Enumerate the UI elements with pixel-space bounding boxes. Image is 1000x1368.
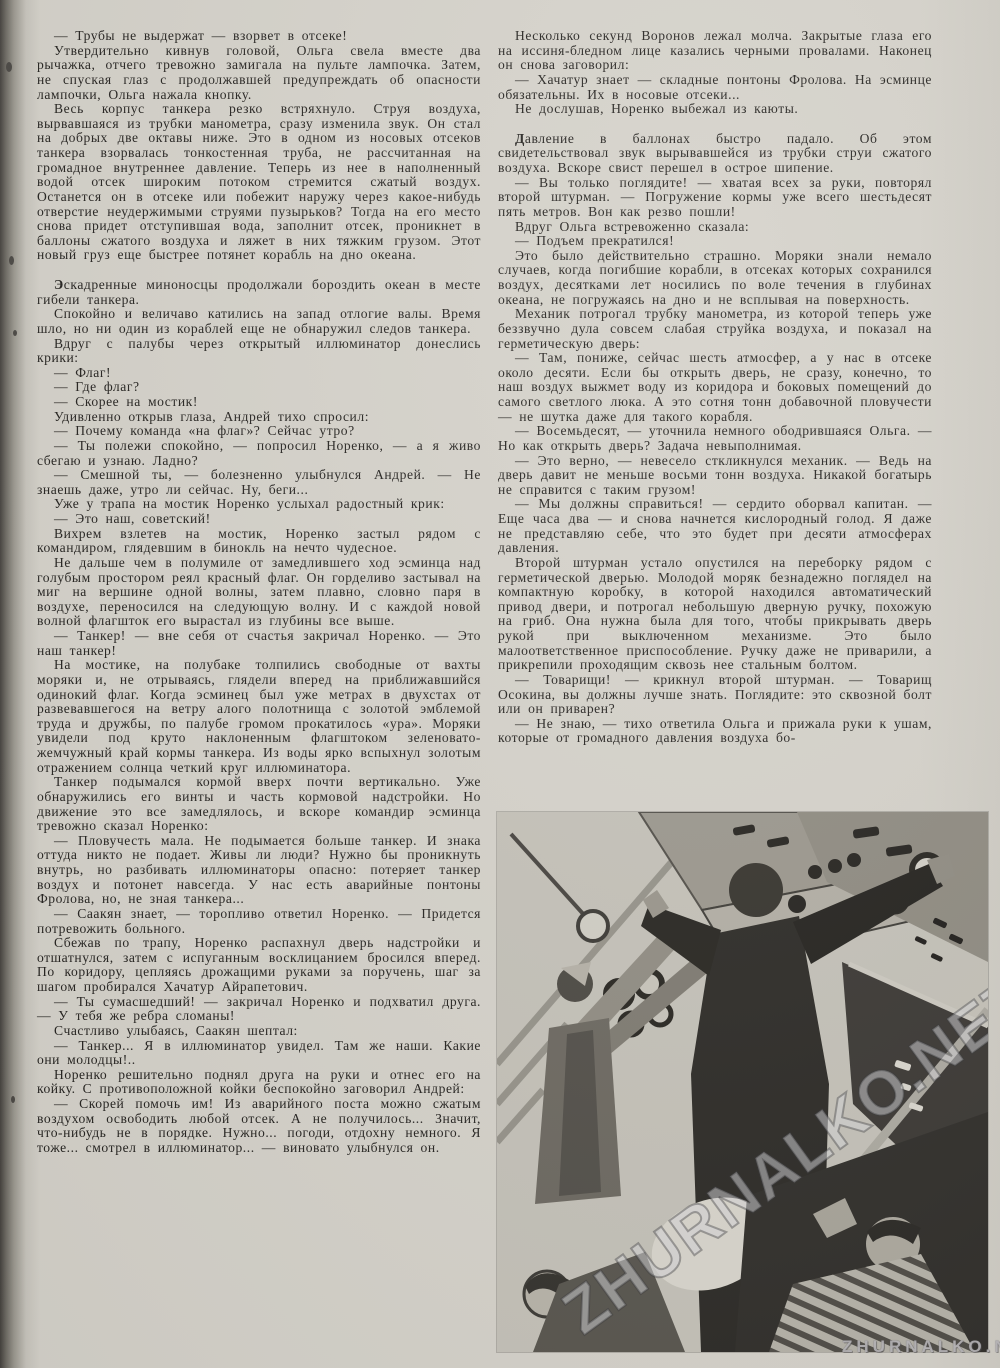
paragraph: На мостике, на полубаке толпились свобод… (37, 658, 481, 775)
paragraph: Норенко решительно поднял друга на руки … (37, 1068, 481, 1097)
paragraph: — Не знаю, — тихо ответила Ольга и прижа… (498, 717, 932, 746)
illustration-control-room: ZHURNALKO.NET (497, 812, 988, 1352)
paragraph: — Почему команда «на флаг»? Сейчас утро? (37, 424, 481, 439)
paragraph: Не дальше чем в полумиле от замедлившего… (37, 556, 481, 629)
paragraph: — Скорей помочь им! Из аварийного поста … (37, 1097, 481, 1156)
scan-speck (6, 62, 12, 72)
paragraph: — Ты сумасшедший! — закричал Норенко и п… (37, 995, 481, 1024)
watermark-corner: ZHURNALKO.NET (842, 1337, 1000, 1357)
paragraph: — Флаг! (37, 366, 481, 381)
paragraph: — Танкер... Я в иллюминатор увидел. Там … (37, 1039, 481, 1068)
paragraph: — Пловучесть мала. Не подымается больше … (37, 834, 481, 907)
paragraph: Вдруг Ольга встревоженно сказала: (498, 220, 932, 235)
paragraph: — Ты полежи спокойно, — попросил Норенко… (37, 439, 481, 468)
paragraph: — Это наш, советский! (37, 512, 481, 527)
paragraph: — Трубы не выдержат — взорвет в отсеке! (37, 29, 481, 44)
paragraph: Вдруг с палубы через открытый иллюминато… (37, 337, 481, 366)
paragraph: Давление в баллонах быстро падало. Об эт… (498, 132, 932, 176)
paragraph: — Хачатур знает — складные понтоны Фроло… (498, 73, 932, 102)
paragraph: Не дослушав, Норенко выбежал из каюты. (498, 102, 932, 117)
paragraph: Сбежав по трапу, Норенко распахнул дверь… (37, 936, 481, 995)
paragraph: Утвердительно кивнув головой, Ольга свел… (37, 44, 481, 103)
paragraph: Второй штурман устало опустился на переб… (498, 556, 932, 673)
paragraph: — Мы должны справиться! — сердито оборва… (498, 497, 932, 556)
paragraph: Уже у трапа на мостик Норенко услыхал ра… (37, 497, 481, 512)
paragraph: Эскадренные миноносцы продолжали борозди… (37, 278, 481, 307)
right-column: Несколько секунд Воронов лежал молча. За… (498, 29, 932, 746)
magazine-page: — Трубы не выдержат — взорвет в отсеке!У… (0, 0, 1000, 1368)
paragraph: — Где флаг? (37, 380, 481, 395)
scan-speck (13, 330, 17, 336)
paragraph: Несколько секунд Воронов лежал молча. За… (498, 29, 932, 73)
paragraph: Механик потрогал трубку манометра, из ко… (498, 307, 932, 351)
paragraph: — Танкер! — вне себя от счастья закричал… (37, 629, 481, 658)
paragraph: — Там, пониже, сейчас шесть атмосфер, а … (498, 351, 932, 424)
paragraph: — Подъем прекратился! (498, 234, 932, 249)
paragraph: — Это верно, — невесело сткликнулся меха… (498, 454, 932, 498)
scan-speck (9, 256, 14, 265)
paragraph: — Вы только поглядите! — хватая всех за … (498, 176, 932, 220)
paragraph: Спокойно и величаво катились на запад от… (37, 307, 481, 336)
paragraph: — Скорее на мостик! (37, 395, 481, 410)
paragraph: Счастливо улыбаясь, Саакян шептал: (37, 1024, 481, 1039)
paragraph: Весь корпус танкера резко встряхнуло. Ст… (37, 102, 481, 263)
paragraph: Танкер подымался кормой вверх почти верт… (37, 775, 481, 834)
paragraph: — Саакян знает, — торопливо ответил Норе… (37, 907, 481, 936)
paragraph: Вихрем взлетев на мостик, Норенко застыл… (37, 527, 481, 556)
scan-speck (11, 1096, 15, 1103)
paragraph: — Товарищи! — крикнул второй штурман. — … (498, 673, 932, 717)
left-column: — Трубы не выдержат — взорвет в отсеке!У… (37, 29, 481, 1156)
paragraph: Удивленно открыв глаза, Андрей тихо спро… (37, 410, 481, 425)
paragraph: — Смешной ты, — болезненно улыбнулся Анд… (37, 468, 481, 497)
paragraph: Это было действительно страшно. Моряки з… (498, 249, 932, 308)
paragraph: — Восемьдесят, — уточнила немного ободри… (498, 424, 932, 453)
